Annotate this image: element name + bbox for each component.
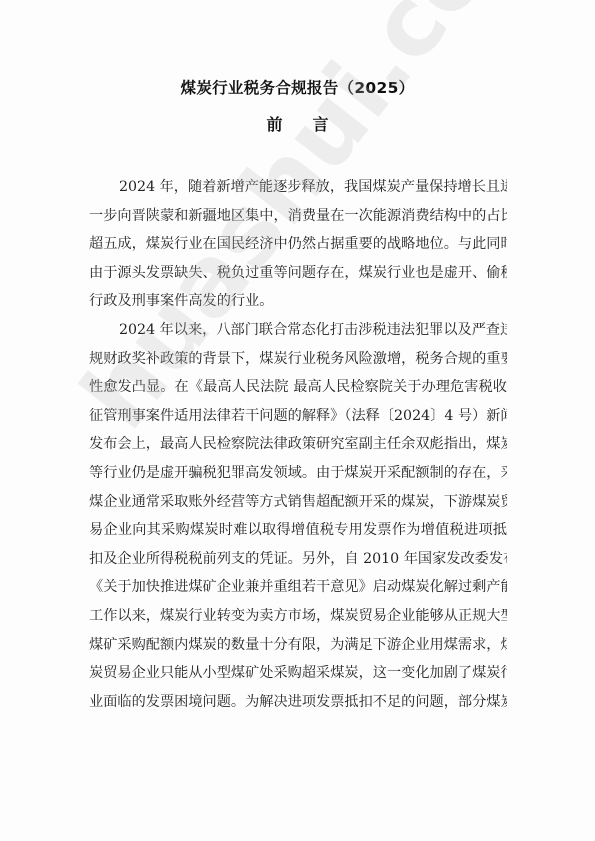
text-line: 《关于加快推进煤矿企业兼并重组若干意见》启动煤炭化解过剩产能 bbox=[89, 573, 507, 602]
section-heading: 前言 bbox=[0, 112, 595, 135]
text-line: 性愈发凸显。在《最高人民法院 最高人民检察院关于办理危害税收 bbox=[89, 373, 507, 402]
section-heading-char: 前 bbox=[266, 112, 282, 135]
text-line: 易企业向其采购煤炭时难以取得增值税专用发票作为增值税进项抵 bbox=[89, 516, 507, 545]
text-line: 煤矿采购配额内煤炭的数量十分有限，为满足下游企业用煤需求，煤 bbox=[89, 631, 507, 660]
text-line: 煤企业通常采取账外经营等方式销售超配额开采的煤炭，下游煤炭贸 bbox=[89, 488, 507, 517]
text-line: 工作以来，煤炭行业转变为卖方市场，煤炭贸易企业能够从正规大型 bbox=[89, 602, 507, 631]
section-heading-char: 言 bbox=[313, 112, 329, 135]
text-line: 行政及刑事案件高发的行业。 bbox=[89, 287, 507, 316]
text-line: 规财政奖补政策的背景下，煤炭行业税务风险激增，税务合规的重要 bbox=[89, 345, 507, 374]
text-line: 征管刑事案件适用法律若干问题的解释》（法释〔2024〕4 号）新闻 bbox=[89, 402, 507, 431]
text-line: 业面临的发票困境问题。为解决进项发票抵扣不足的问题，部分煤炭 bbox=[89, 688, 507, 717]
text-line: 炭贸易企业只能从小型煤矿处采购超采煤炭，这一变化加剧了煤炭行 bbox=[89, 659, 507, 688]
paragraph-1: 2024 年，随着新增产能逐步释放，我国煤炭产量保持增长且进 一步向晋陕蒙和新疆… bbox=[89, 173, 507, 316]
paragraph-2: 2024 年以来，八部门联合常态化打击涉税违法犯罪以及严查违 规财政奖补政策的背… bbox=[89, 316, 507, 716]
text-line: 发布会上，最高人民检察院法律政策研究室副主任余双彪指出，煤炭 bbox=[89, 430, 507, 459]
text-line: 一步向晋陕蒙和新疆地区集中，消费量在一次能源消费结构中的占比 bbox=[89, 202, 507, 231]
document-title: 煤炭行业税务合规报告（2025） bbox=[0, 76, 595, 98]
text-line: 等行业仍是虚开骗税犯罪高发领域。由于煤炭开采配额制的存在，采 bbox=[89, 459, 507, 488]
text-line: 由于源头发票缺失、税负过重等问题存在，煤炭行业也是虚开、偷税 bbox=[89, 259, 507, 288]
text-line: 超五成，煤炭行业在国民经济中仍然占据重要的战略地位。与此同时， bbox=[89, 230, 507, 259]
document-body: 2024 年，随着新增产能逐步释放，我国煤炭产量保持增长且进 一步向晋陕蒙和新疆… bbox=[89, 173, 507, 716]
text-line: 2024 年，随着新增产能逐步释放，我国煤炭产量保持增长且进 bbox=[89, 173, 507, 202]
text-line: 扣及企业所得税税前列支的凭证。另外，自 2010 年国家发改委发布 bbox=[89, 545, 507, 574]
text-line: 2024 年以来，八部门联合常态化打击涉税违法犯罪以及严查违 bbox=[89, 316, 507, 345]
document-page: 煤炭行业税务合规报告（2025） 前言 2024 年，随着新增产能逐步释放，我国… bbox=[0, 0, 595, 841]
